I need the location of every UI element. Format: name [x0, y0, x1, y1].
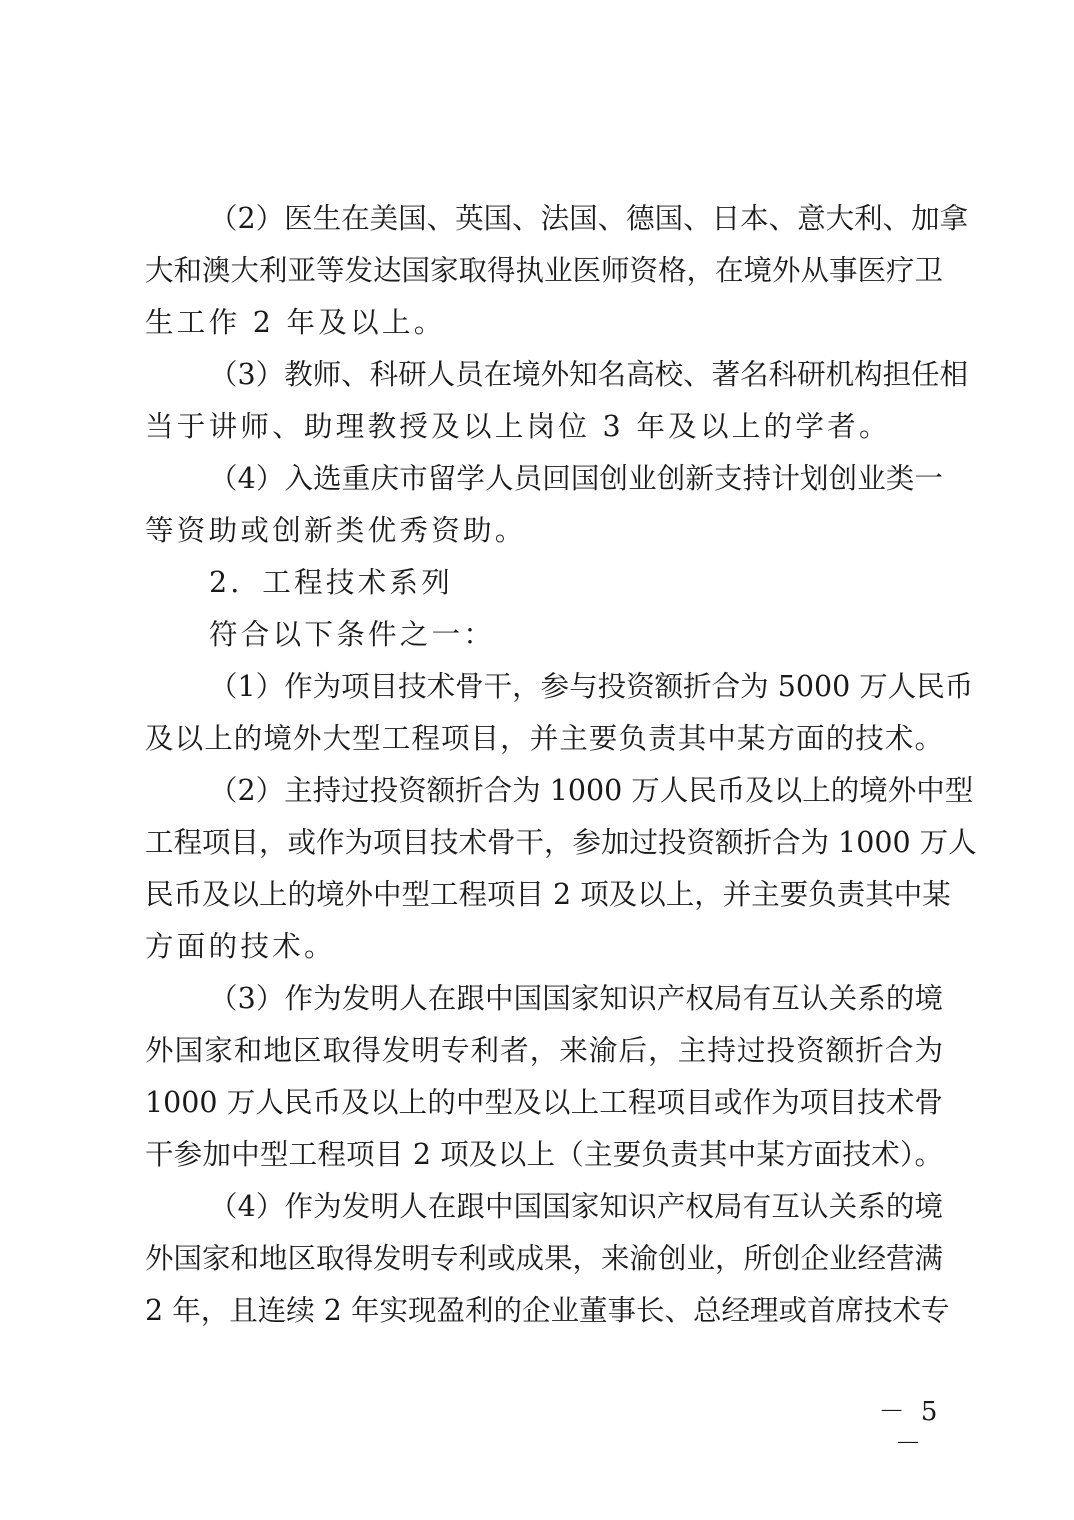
text-line: 等资助或创新类优秀资助。 — [145, 505, 943, 557]
text-line: 外国家和地区取得发明专利或成果，来渝创业，所创企业经营满 — [145, 1233, 943, 1285]
text-line: （3）作为发明人在跟中国国家知识产权局有互认关系的境 — [145, 973, 943, 1025]
text-line: 干参加中型工程项目 2 项及以上（主要负责其中某方面技术）。 — [145, 1129, 943, 1181]
text-line: （4）作为发明人在跟中国国家知识产权局有互认关系的境 — [145, 1181, 943, 1233]
text-line: （2）主持过投资额折合为 1000 万人民币及以上的境外中型 — [145, 765, 943, 817]
text-line: 方面的技术。 — [145, 921, 943, 973]
text-line: 民币及以上的境外中型工程项目 2 项及以上，并主要负责其中某 — [145, 869, 943, 921]
document-body: （2）医生在美国、英国、法国、德国、日本、意大利、加拿 大和澳大利亚等发达国家取… — [145, 193, 943, 1337]
text-line: 当于讲师、助理教授及以上岗位 3 年及以上的学者。 — [145, 401, 943, 453]
text-line: 外国家和地区取得发明专利者，来渝后，主持过投资额折合为 — [145, 1025, 943, 1077]
text-line: 1000 万人民币及以上的中型及以上工程项目或作为项目技术骨 — [145, 1077, 943, 1129]
text-line: 工程项目，或作为项目技术骨干，参加过投资额折合为 1000 万人 — [145, 817, 943, 869]
text-line: 大和澳大利亚等发达国家取得执业医师资格，在境外从事医疗卫 — [145, 245, 943, 297]
text-line: （1）作为项目技术骨干，参与投资额折合为 5000 万人民币 — [145, 661, 943, 713]
page-number: － 5 － — [870, 1396, 950, 1460]
text-line: 2 年，且连续 2 年实现盈利的企业董事长、总经理或首席技术专 — [145, 1285, 943, 1337]
text-line: （4）入选重庆市留学人员回国创业创新支持计划创业类一 — [145, 453, 943, 505]
text-line: 符合以下条件之一： — [145, 609, 943, 661]
section-heading: 2．工程技术系列 — [145, 557, 943, 609]
text-line: （3）教师、科研人员在境外知名高校、著名科研机构担任相 — [145, 349, 943, 401]
text-line: 及以上的境外大型工程项目，并主要负责其中某方面的技术。 — [145, 713, 943, 765]
text-line: （2）医生在美国、英国、法国、德国、日本、意大利、加拿 — [145, 193, 943, 245]
text-line: 生工作 2 年及以上。 — [145, 297, 943, 349]
